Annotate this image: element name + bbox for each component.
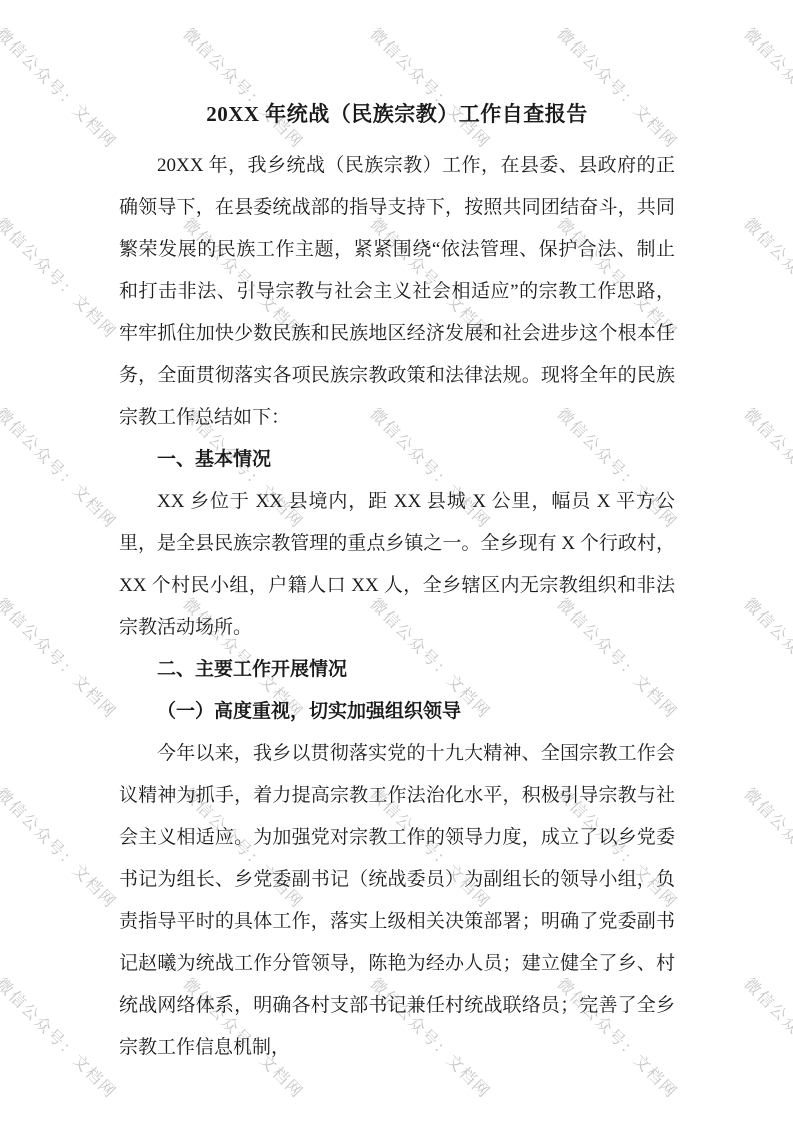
document-page: 微信公众号：文档网微信公众号：文档网微信公众号：文档网微信公众号：文档网微信公众… (0, 0, 793, 1122)
paragraph: 20XX 年，我乡统战（民族宗教）工作，在县委、县政府的正确领导下，在县委统战部… (119, 145, 675, 439)
section-heading: 一、基本情况 (119, 439, 675, 481)
document-title: 20XX 年统战（民族宗教）工作自查报告 (119, 97, 675, 131)
paragraph: 今年以来，我乡以贯彻落实党的十九大精神、全国宗教工作会议精神为抓手，着力提高宗教… (119, 733, 675, 1069)
section-heading: （一）高度重视，切实加强组织领导 (119, 691, 675, 733)
section-heading: 二、主要工作开展情况 (119, 649, 675, 691)
document-content: 20XX 年统战（民族宗教）工作自查报告 20XX 年，我乡统战（民族宗教）工作… (119, 97, 675, 1069)
paragraph: XX 乡位于 XX 县境内，距 XX 县城 X 公里，幅员 X 平方公里，是全县… (119, 481, 675, 649)
document-body: 20XX 年，我乡统战（民族宗教）工作，在县委、县政府的正确领导下，在县委统战部… (119, 145, 675, 1069)
